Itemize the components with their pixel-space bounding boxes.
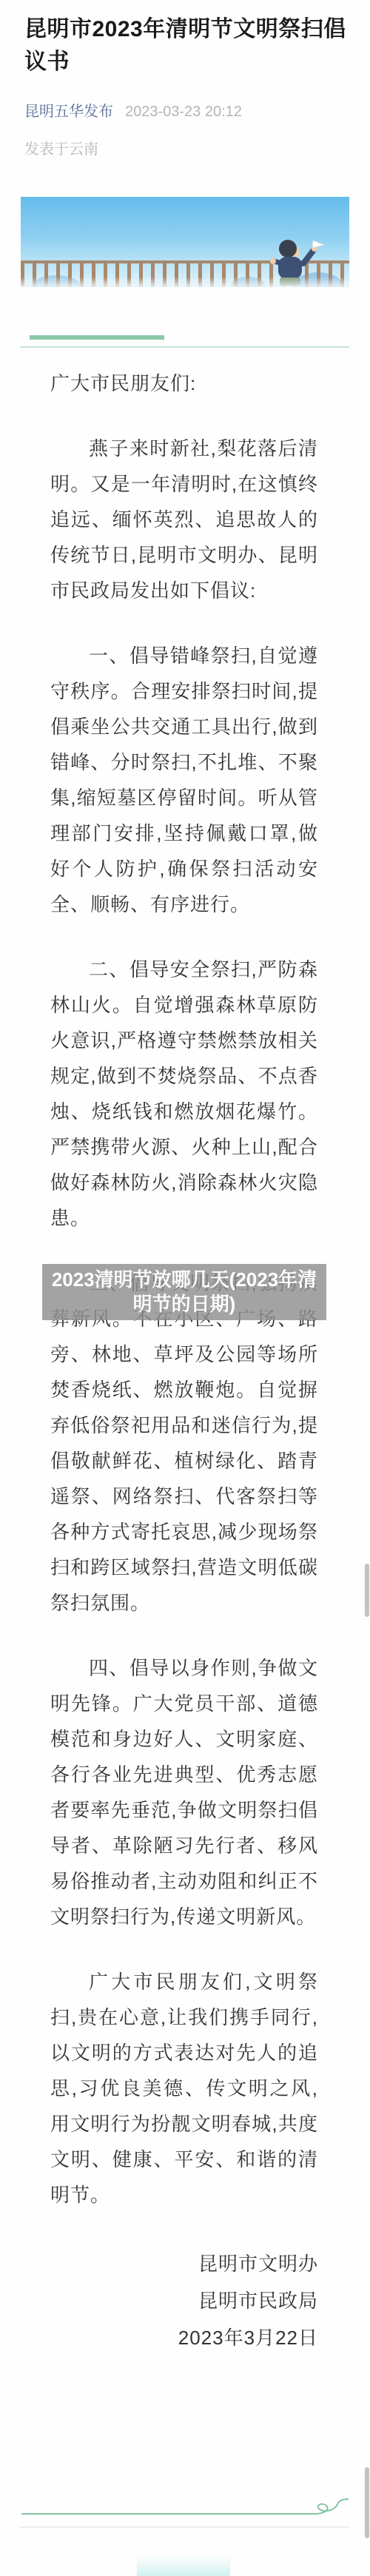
salutation: 广大市民朋友们: — [50, 366, 318, 401]
divider-accent-bar — [30, 335, 164, 340]
footer-flourish-line — [20, 2492, 349, 2518]
account-link[interactable]: 昆明五华发布 — [24, 99, 113, 121]
signature-org-2: 昆明市民政局 — [50, 2282, 318, 2319]
paragraph-item-1: 一、倡导错峰祭扫,自觉遵守秩序。合理安排祭扫时间,提倡乘坐公共交通工具出行,做到… — [50, 638, 318, 922]
byline: 昆明五华发布 2023-03-23 20:12 — [24, 99, 346, 121]
paragraph-item-4: 四、倡导以身作则,争做文明先锋。广大党员干部、道德模范和身边好人、文明家庭、各行… — [50, 1650, 318, 1934]
bottom-cutoff-image — [137, 2556, 230, 2576]
banner-illustration[interactable] — [21, 197, 349, 287]
footer-gray-line — [20, 2526, 349, 2528]
paragraph-closing: 广大市民朋友们,文明祭扫,贵在心意,让我们携手同行,以文明的方式表达对先人的追思… — [50, 1964, 318, 2213]
publish-location: 发表于云南 — [24, 137, 346, 158]
divider-thin-line — [20, 346, 349, 348]
paragraph-intro: 燕子来时新社,梨花落后清明。又是一年清明时,在这慎终追远、缅怀英烈、追思故人的传… — [50, 431, 318, 608]
publish-timestamp: 2023-03-23 20:12 — [125, 104, 242, 121]
page-title: 昆明市2023年清明节文明祭扫倡议书 — [24, 13, 346, 78]
scrollbar-thumb[interactable] — [365, 1564, 369, 1617]
overlay-caption: 2023清明节放哪几天(2023年清明节的日期) — [42, 1264, 326, 1320]
signature-block: 昆明市文明办 昆明市民政局 2023年3月22日 — [50, 2245, 318, 2356]
paragraph-item-2: 二、倡导安全祭扫,严防森林山火。自觉增强森林草原防火意识,严格遵守禁燃禁放相关规… — [50, 952, 318, 1236]
signature-org-1: 昆明市文明办 — [50, 2245, 318, 2282]
signature-date: 2023年3月22日 — [50, 2319, 318, 2356]
mist-overlay — [21, 277, 349, 287]
article-page: 昆明市2023年清明节文明祭扫倡议书 昆明五华发布 2023-03-23 20:… — [0, 0, 370, 2576]
section-divider — [0, 335, 370, 348]
scrollbar-thumb[interactable] — [365, 2467, 369, 2538]
article-body: 广大市民朋友们: 燕子来时新社,梨花落后清明。又是一年清明时,在这慎终追远、缅怀… — [50, 366, 318, 2356]
